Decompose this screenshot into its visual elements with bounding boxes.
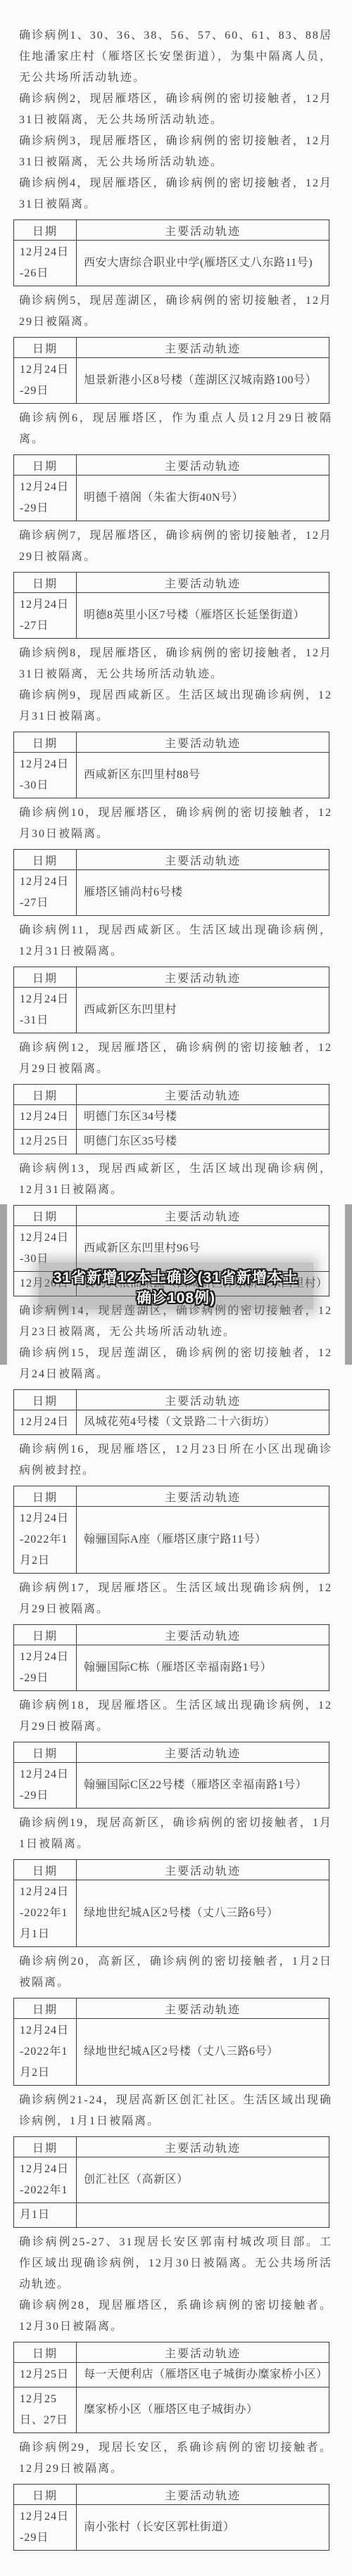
table-row: 12月24日明德门东区34号楼 [14, 1105, 329, 1130]
track-cell: 绿地世纪城A区2号楼（丈八三路6号） [77, 1880, 329, 1947]
headline-line2: 确诊108例) [0, 1288, 352, 1308]
track-column-header: 主要活动轨迹 [77, 573, 329, 593]
date-cell: 12月24日 -29日 [14, 2505, 77, 2551]
date-cell: 12月24日 -29日 [14, 1645, 77, 1691]
track-cell: 创汇社区（高新区） [77, 2157, 329, 2203]
track-column-header: 主要活动轨迹 [77, 1206, 329, 1226]
table-row: 12月25 日、27日糜家桥小区（雁塔区电子城街办） [14, 2387, 329, 2433]
case-paragraph: 确诊病例7，现居雁塔区，确诊病例的密切接触者，12月29日被隔离。 [19, 525, 332, 568]
track-cell: 翰骊国际A座（雁塔区康宁路11号） [77, 1507, 329, 1574]
track-cell [77, 2203, 329, 2228]
track-cell: 西咸新区东凹里村88号 [77, 753, 329, 798]
activity-track-table: 日期主要活动轨迹12月24日凤城花苑4号楼（文景路二十六街坊） [13, 1389, 329, 1435]
date-column-header: 日期 [14, 1390, 77, 1410]
date-cell: 12月25日 [14, 1130, 77, 1154]
case-paragraph: 确诊病例20，高新区，确诊病例的密切接触者，1月2日被隔离。 [19, 1951, 332, 1994]
track-column-header: 主要活动轨迹 [77, 1998, 329, 2019]
table-row: 12月25日每一天便利店（雁塔区电子城街办糜家桥小区） [14, 2363, 329, 2387]
activity-track-table: 日期主要活动轨迹12月24日 -26日西安大唐综合职业中学(雁塔区丈八东路11号… [13, 219, 329, 286]
date-cell: 12月24日 -2022年1 月2日 [14, 2019, 77, 2086]
track-column-header: 主要活动轨迹 [77, 850, 329, 870]
date-column-header: 日期 [14, 850, 77, 870]
date-cell: 12月24日 [14, 1410, 77, 1435]
case-paragraph: 确诊病例25-27、31现居长安区郭南村城改项目部。工作区域出现确诊病例，12月… [19, 2232, 332, 2295]
date-column-header: 日期 [14, 1486, 77, 1507]
track-cell: 明德门东区34号楼 [77, 1105, 329, 1130]
case-paragraph: 确诊病例28，现居雁塔区，系确诊病例的密切接触者。12月30日被隔离。 [19, 2295, 332, 2338]
case-paragraph: 确诊病例15，现居莲湖区，确诊病例的密切接触者，12月24日被隔离。 [19, 1343, 332, 1385]
track-column-header: 主要活动轨迹 [77, 2342, 329, 2363]
track-cell: 明德千禧阁（朱雀大街40N号） [77, 476, 329, 521]
activity-track-table: 日期主要活动轨迹12月24日 -29日明德千禧阁（朱雀大街40N号） [13, 454, 329, 521]
track-cell: 翰骊国际C栋（雁塔区幸福南路1号） [77, 1645, 329, 1691]
headline-title: 31省新增12本土确诊(31省新增本土 确诊108例) [0, 1268, 352, 1308]
case-paragraph: 确诊病例3，现居雁塔区，确诊病例的密切接触者，12月31日被隔离，无公共场所活动… [19, 131, 332, 173]
track-column-header: 主要活动轨迹 [77, 1742, 329, 1763]
date-column-header: 日期 [14, 967, 77, 988]
track-column-header: 主要活动轨迹 [77, 1085, 329, 1105]
track-cell: 明德门东区35号楼 [77, 1130, 329, 1154]
track-column-header: 主要活动轨迹 [77, 220, 329, 241]
date-column-header: 日期 [14, 732, 77, 753]
case-paragraph: 确诊病例21-24，现居高新区创汇社区。生活区域出现确诊病例，1月1日被隔离。 [19, 2090, 332, 2132]
date-cell: 12月24日 -2022年1 月2日 [14, 1507, 77, 1574]
case-paragraph: 确诊病例9，现居西咸新区。生活区域出现确诊病例，12月31日被隔离。 [19, 685, 332, 727]
activity-track-table: 日期主要活动轨迹12月24日 -2022年1创汇社区（高新区）月1日 [13, 2136, 329, 2228]
case-paragraph: 确诊病例13，现居西咸新区，生活区域出现确诊病例，12月31日被隔离。 [19, 1159, 332, 1201]
headline-line1: 31省新增12本土确诊(31省新增本土 [0, 1268, 352, 1288]
track-cell: 绿地世纪城A区2号楼（丈八三路6号） [77, 2019, 329, 2086]
date-cell: 12月24日 -2022年1 [14, 2157, 77, 2203]
track-column-header: 主要活动轨迹 [77, 1486, 329, 1507]
track-cell: 西安大唐综合职业中学(雁塔区丈八东路11号) [77, 241, 329, 286]
case-paragraph: 确诊病例11，现居西咸新区。生活区域出现确诊病例，12月31日被隔离。 [19, 920, 332, 962]
activity-track-table: 日期主要活动轨迹12月24日 -29日翰骊国际C栋（雁塔区幸福南路1号） [13, 1624, 329, 1691]
page: { "colors":{ "page_bg":"#fbfbfb", "text"… [0, 0, 352, 2576]
track-cell: 糜家桥小区（雁塔区电子城街办） [77, 2387, 329, 2433]
table-row: 12月24日凤城花苑4号楼（文景路二十六街坊） [14, 1410, 329, 1435]
track-column-header: 主要活动轨迹 [77, 1625, 329, 1645]
date-cell: 12月24日 -31日 [14, 988, 77, 1033]
table-row: 12月24日 -27日雁塔区铺尚村6号楼 [14, 870, 329, 916]
date-cell: 12月24日 [14, 1105, 77, 1130]
table-row: 12月24日 -2022年1 月1日绿地世纪城A区2号楼（丈八三路6号） [14, 1880, 329, 1947]
track-cell: 西咸新区东凹里村 [77, 988, 329, 1033]
table-row: 12月24日 -29日旭景新港小区8号楼（莲湖区汉城南路100号） [14, 358, 329, 404]
case-paragraph: 确诊病例5，现居莲湖区，确诊病例的密切接触者，12月29日被隔离。 [19, 291, 332, 333]
table-row: 12月24日 -2022年1 月2日绿地世纪城A区2号楼（丈八三路6号） [14, 2019, 329, 2086]
date-column-header: 日期 [14, 2137, 77, 2157]
track-column-header: 主要活动轨迹 [77, 732, 329, 753]
date-column-header: 日期 [14, 1625, 77, 1645]
table-row: 12月25日明德门东区35号楼 [14, 1130, 329, 1154]
table-row: 12月24日 -29日翰骊国际C栋（雁塔区幸福南路1号） [14, 1645, 329, 1691]
table-row: 12月24日 -2022年1创汇社区（高新区） [14, 2157, 329, 2203]
activity-track-table: 日期主要活动轨迹12月24日 -2022年1 月1日绿地世纪城A区2号楼（丈八三… [13, 1859, 329, 1947]
date-cell: 12月24日 -29日 [14, 358, 77, 404]
table-row: 12月24日 -30日西咸新区东凹里村88号 [14, 753, 329, 798]
track-column-header: 主要活动轨迹 [77, 2137, 329, 2157]
case-paragraph: 确诊病例19，现居高新区，确诊病例的密切接触者，1月1日被隔离。 [19, 1813, 332, 1855]
track-column-header: 主要活动轨迹 [77, 1860, 329, 1880]
activity-track-table: 日期主要活动轨迹12月24日 -31日西咸新区东凹里村 [13, 967, 329, 1033]
activity-track-table: 日期主要活动轨迹12月24日明德门东区34号楼12月25日明德门东区35号楼 [13, 1084, 329, 1154]
date-cell: 12月24日 -30日 [14, 753, 77, 798]
table-row: 12月24日 -29日南小张村（长安区郭杜街道） [14, 2505, 329, 2551]
date-cell: 12月24日 -2022年1 月1日 [14, 1880, 77, 1947]
activity-track-table: 日期主要活动轨迹12月24日 -29日旭景新港小区8号楼（莲湖区汉城南路100号… [13, 337, 329, 404]
date-column-header: 日期 [14, 1860, 77, 1880]
case-paragraph: 确诊病例17，现居雁塔区。生活区域出现确诊病例，12月29日被隔离。 [19, 1578, 332, 1620]
date-column-header: 日期 [14, 2342, 77, 2363]
track-column-header: 主要活动轨迹 [77, 2485, 329, 2505]
table-row: 12月24日 -29日明德千禧阁（朱雀大街40N号） [14, 476, 329, 521]
activity-track-table: 日期主要活动轨迹12月25日每一天便利店（雁塔区电子城街办糜家桥小区）12月25… [13, 2342, 329, 2433]
date-cell: 12月24日 -27日 [14, 870, 77, 916]
track-cell: 南小张村（长安区郭杜街道） [77, 2505, 329, 2551]
case-paragraph: 确诊病例12，现居雁塔区，确诊病例的密切接触者，12月29日被隔离。 [19, 1038, 332, 1080]
case-paragraph: 确诊病例1、30、36、38、56、57、60、61、83、88居住地潘家庄村（… [19, 25, 332, 89]
track-column-header: 主要活动轨迹 [77, 338, 329, 358]
date-cell: 12月24日 -26日 [14, 241, 77, 286]
date-cell: 12月24日 -29日 [14, 1763, 77, 1809]
case-paragraph: 确诊病例4，现居雁塔区，确诊病例的密切接触者，12月31日被隔离。 [19, 173, 332, 215]
activity-track-table: 日期主要活动轨迹12月24日 -27日明德8英里小区7号楼（雁塔区长延堡街道） [13, 572, 329, 639]
date-column-header: 日期 [14, 2485, 77, 2505]
track-cell: 雁塔区铺尚村6号楼 [77, 870, 329, 916]
date-column-header: 日期 [14, 220, 77, 241]
track-column-header: 主要活动轨迹 [77, 1390, 329, 1410]
case-paragraph: 确诊病例2，现居雁塔区，确诊病例的密切接触者，12月31日被隔离，无公共场所活动… [19, 89, 332, 131]
date-column-header: 日期 [14, 1206, 77, 1226]
table-row: 12月24日 -31日西咸新区东凹里村 [14, 988, 329, 1033]
track-cell: 旭景新港小区8号楼（莲湖区汉城南路100号） [77, 358, 329, 404]
track-cell: 明德8英里小区7号楼（雁塔区长延堡街道） [77, 593, 329, 639]
date-cell: 12月25 日、27日 [14, 2387, 77, 2433]
case-paragraph: 确诊病例8，现居雁塔区，确诊病例的密切接触者，12月31日被隔离，无公共场所活动… [19, 643, 332, 685]
date-cell: 12月25日 [14, 2363, 77, 2387]
track-column-header: 主要活动轨迹 [77, 455, 329, 476]
date-column-header: 日期 [14, 338, 77, 358]
date-cell: 12月24日 -27日 [14, 593, 77, 639]
case-paragraph: 确诊病例10，现居雁塔区，确诊病例的密切接触者，12月30日被隔离。 [19, 803, 332, 845]
date-column-header: 日期 [14, 1998, 77, 2019]
activity-track-table: 日期主要活动轨迹12月24日 -2022年1 月2日翰骊国际A座（雁塔区康宁路1… [13, 1486, 329, 1574]
table-row: 12月24日 -26日西安大唐综合职业中学(雁塔区丈八东路11号) [14, 241, 329, 286]
date-column-header: 日期 [14, 1742, 77, 1763]
date-column-header: 日期 [14, 573, 77, 593]
case-paragraph: 确诊病例6，现居雁塔区，作为重点人员12月29日被隔离。 [19, 408, 332, 450]
table-row: 月1日 [14, 2203, 329, 2228]
case-paragraph: 确诊病例29，现居长安区，系确诊病例的密切接触者。12月29日被隔离。 [19, 2437, 332, 2480]
track-cell: 凤城花苑4号楼（文景路二十六街坊） [77, 1410, 329, 1435]
activity-track-table: 日期主要活动轨迹12月24日 -27日雁塔区铺尚村6号楼 [13, 849, 329, 916]
track-column-header: 主要活动轨迹 [77, 967, 329, 988]
activity-track-table: 日期主要活动轨迹12月24日 -2022年1 月2日绿地世纪城A区2号楼（丈八三… [13, 1998, 329, 2086]
table-row: 12月24日 -27日明德8英里小区7号楼（雁塔区长延堡街道） [14, 593, 329, 639]
activity-track-table: 日期主要活动轨迹12月24日 -30日西咸新区东凹里村88号 [13, 732, 329, 798]
table-row: 12月24日 -29日翰骊国际C区22号楼（雁塔区幸福南路1号） [14, 1763, 329, 1809]
case-paragraph: 确诊病例16，现居雁塔区，12月23日所在小区出现确诊病例被封控。 [19, 1439, 332, 1481]
date-cell: 12月24日 -29日 [14, 476, 77, 521]
date-column-header: 日期 [14, 455, 77, 476]
activity-track-table: 日期主要活动轨迹12月24日 -29日南小张村（长安区郭杜街道） [13, 2484, 329, 2551]
case-paragraph: 确诊病例18，现居雁塔区。生活区域出现确诊病例，12月29日被隔离。 [19, 1695, 332, 1737]
date-column-header: 日期 [14, 1085, 77, 1105]
activity-track-table: 日期主要活动轨迹12月24日 -29日翰骊国际C区22号楼（雁塔区幸福南路1号） [13, 1742, 329, 1809]
date-cell: 月1日 [14, 2203, 77, 2228]
table-row: 12月24日 -2022年1 月2日翰骊国际A座（雁塔区康宁路11号） [14, 1507, 329, 1574]
track-cell: 翰骊国际C区22号楼（雁塔区幸福南路1号） [77, 1763, 329, 1809]
track-cell: 每一天便利店（雁塔区电子城街办糜家桥小区） [77, 2363, 329, 2387]
